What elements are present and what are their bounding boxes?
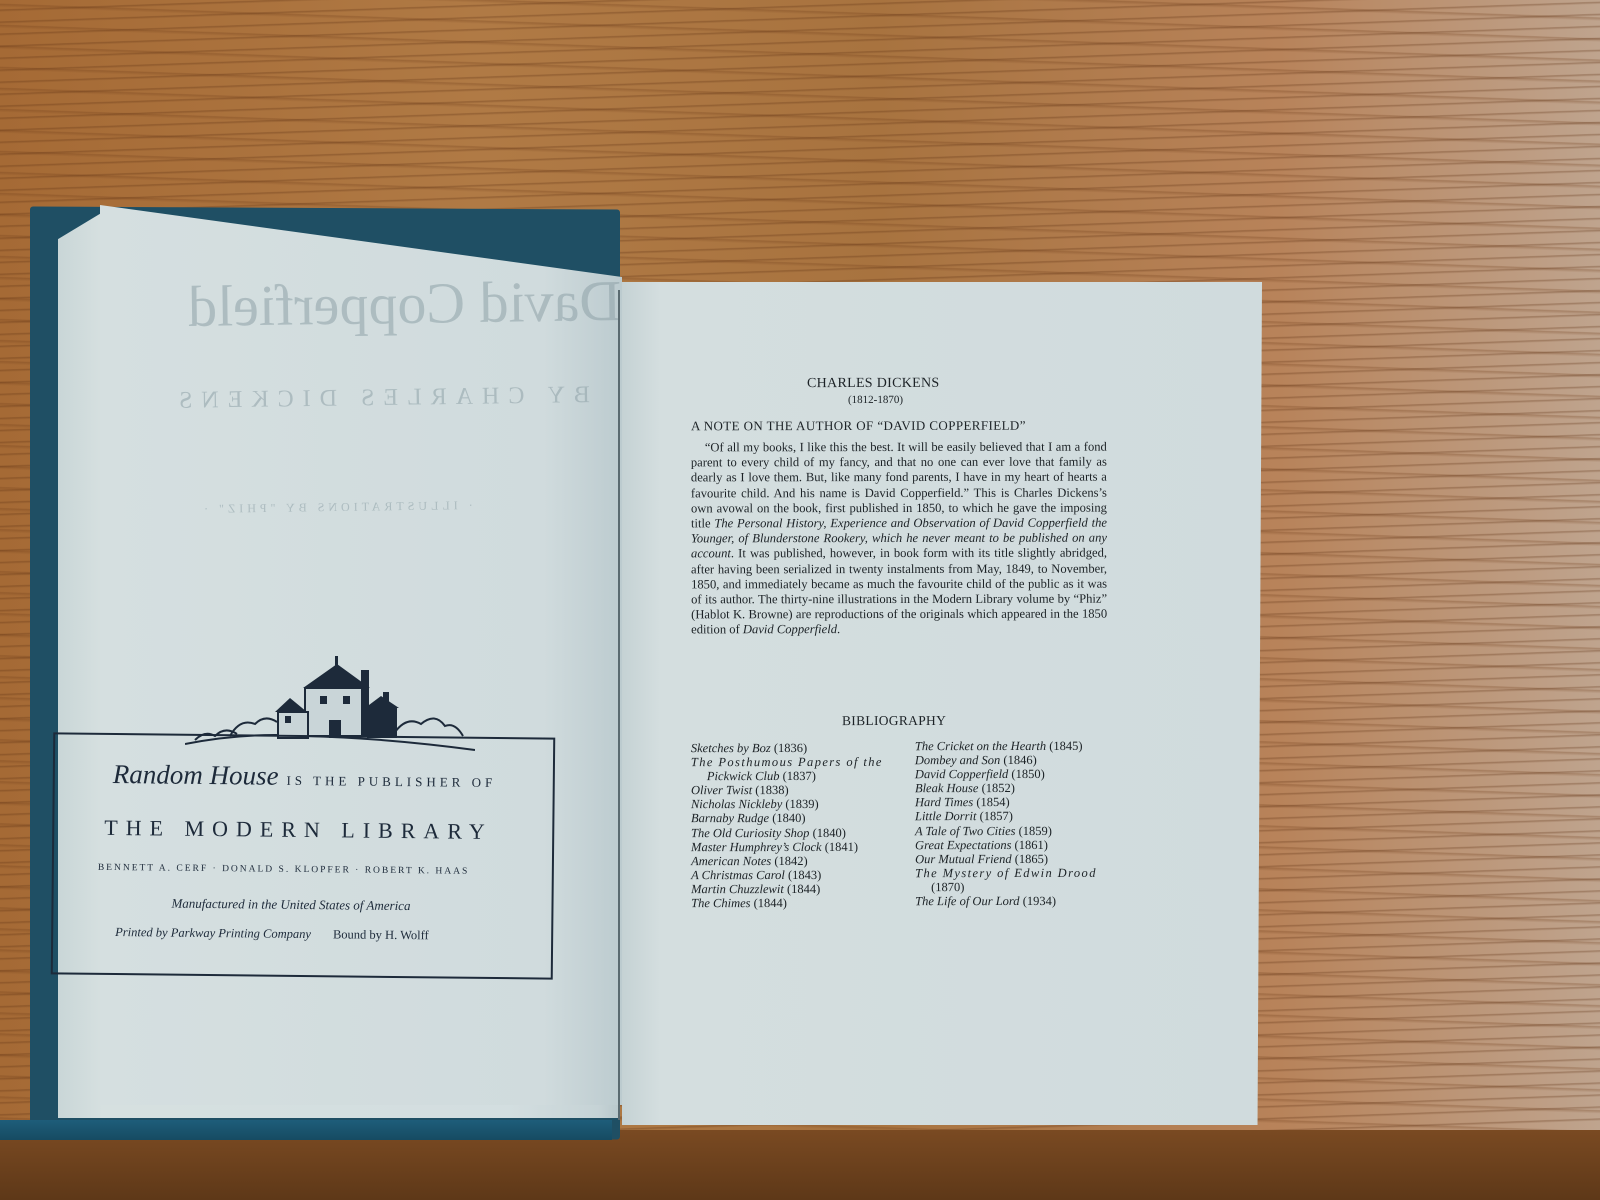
- bibliography-item: Barnaby Rudge (1840): [691, 811, 901, 825]
- bibliography-title: The Life of Our Lord: [915, 894, 1019, 908]
- bibliography-item: A Tale of Two Cities (1859): [915, 823, 1140, 837]
- note-body: “Of all my books, I like this the best. …: [691, 440, 1107, 638]
- bibliography-year: (1843): [785, 868, 821, 882]
- bibliography-title: Oliver Twist: [691, 783, 752, 797]
- note-heading: A NOTE ON THE AUTHOR OF “DAVID COPPERFIE…: [691, 418, 1026, 435]
- bibliography-item: The Mystery of Edwin Drood: [915, 866, 1140, 880]
- table-surface-edge: [0, 1130, 1600, 1200]
- bibliography-item: Sketches by Boz (1836): [691, 741, 901, 755]
- bibliography-year: (1934): [1020, 894, 1056, 908]
- bibliography-item: Our Mutual Friend (1865): [915, 852, 1140, 866]
- bibliography-item: Little Dorrit (1857): [915, 809, 1140, 823]
- bibliography-year: (1841): [822, 840, 858, 854]
- bibliography-item: American Notes (1842): [691, 854, 901, 868]
- bibliography-year: (1845): [1046, 739, 1082, 753]
- bibliography-title: A Tale of Two Cities: [915, 824, 1016, 838]
- bibliography-item: A Christmas Carol (1843): [691, 868, 901, 882]
- bibliography-title: Dombey and Son: [915, 753, 1000, 767]
- bibliography-title: The Old Curiosity Shop: [691, 826, 809, 840]
- bibliography-year: (1859): [1016, 824, 1052, 838]
- bibliography-year: (1852): [978, 781, 1014, 795]
- bibliography-title: Nicholas Nickleby: [691, 797, 782, 811]
- author-dates: (1812-1870): [848, 394, 903, 406]
- bibliography-title: The Cricket on the Hearth: [915, 739, 1046, 753]
- publisher-colophon: Random HouseIS THE PUBLISHER OF THE MODE…: [51, 732, 556, 979]
- author-name: CHARLES DICKENS: [807, 376, 939, 392]
- bibliography-title: Our Mutual Friend: [915, 852, 1012, 866]
- right-page: [622, 282, 1262, 1125]
- bibliography-title: Pickwick Club: [707, 769, 780, 783]
- publisher-line: Random HouseIS THE PUBLISHER OF: [113, 759, 497, 794]
- bibliography-year: (1850): [1008, 767, 1044, 781]
- bibliography-item: Martin Chuzzlewit (1844): [691, 882, 901, 896]
- bibliography-year: (1854): [973, 795, 1009, 809]
- note-italic-book: David Copperfield: [743, 623, 837, 637]
- bibliography-column-2: The Cricket on the Hearth (1845)Dombey a…: [915, 739, 1140, 909]
- bibliography-title: Little Dorrit: [915, 810, 976, 824]
- bibliography-item: The Life of Our Lord (1934): [915, 894, 1140, 908]
- publisher-name: Random House: [113, 759, 279, 791]
- bibliography-year: (1840): [809, 825, 845, 839]
- bibliography-year: (1840): [769, 811, 805, 825]
- bibliography-year: (1870): [931, 880, 964, 894]
- bibliography-title: Master Humphrey’s Clock: [691, 840, 822, 854]
- bibliography-item: Pickwick Club (1837): [691, 769, 901, 783]
- bibliography-item: David Copperfield (1850): [915, 767, 1140, 781]
- bibliography-year: (1861): [1011, 838, 1047, 852]
- bibliography-title: Sketches by Boz: [691, 741, 771, 755]
- bibliography-item: Bleak House (1852): [915, 781, 1140, 795]
- book-gutter: [618, 290, 620, 1120]
- bibliography-column-1: Sketches by Boz (1836)The Posthumous Pap…: [691, 741, 901, 910]
- bibliography-item: The Cricket on the Hearth (1845): [915, 739, 1140, 753]
- book-cover-bottom-edge: [0, 1120, 612, 1140]
- bibliography-year: (1837): [779, 769, 815, 783]
- bound-by: Bound by H. Wolff: [333, 927, 429, 942]
- bibliography-year: (1836): [771, 741, 807, 755]
- printed-by: Printed by Parkway Printing Company: [115, 925, 311, 941]
- bibliography-title: Martin Chuzzlewit: [691, 882, 784, 896]
- bibliography-item: The Old Curiosity Shop (1840): [691, 825, 901, 839]
- note-text: .: [837, 623, 840, 637]
- manufactured-note: Manufactured in the United States of Ame…: [171, 896, 410, 915]
- bibliography-item: Dombey and Son (1846): [915, 753, 1140, 767]
- bibliography-title: A Christmas Carol: [691, 868, 785, 882]
- bibliography-title: The Mystery of Edwin Drood: [915, 866, 1097, 880]
- bibliography-item: (1870): [915, 880, 1140, 894]
- bibliography-item: Master Humphrey’s Clock (1841): [691, 839, 901, 853]
- publisher-names: BENNETT A. CERF · DONALD S. KLOPFER · RO…: [98, 863, 470, 877]
- bibliography-year: (1839): [782, 797, 818, 811]
- publisher-tagline: IS THE PUBLISHER OF: [286, 773, 496, 790]
- bibliography-title: The Chimes: [691, 896, 750, 910]
- bibliography-item: Great Expectations (1861): [915, 837, 1140, 851]
- bibliography-year: (1846): [1000, 753, 1036, 767]
- bibliography-title: David Copperfield: [915, 767, 1008, 781]
- bibliography-title: Bleak House: [915, 781, 979, 795]
- bibliography-title: Barnaby Rudge: [691, 812, 769, 826]
- bibliography-item: The Posthumous Papers of the: [691, 755, 901, 769]
- bibliography-item: Hard Times (1854): [915, 795, 1140, 809]
- bibliography-title: American Notes: [691, 854, 771, 868]
- bibliography-title: Great Expectations: [915, 838, 1011, 852]
- bibliography-year: (1844): [784, 882, 820, 896]
- show-through-title: David Copperfield: [188, 267, 622, 340]
- bibliography-item: Nicholas Nickleby (1839): [691, 797, 901, 811]
- bibliography-item: The Chimes (1844): [691, 896, 901, 910]
- library-name: THE MODERN LIBRARY: [104, 815, 493, 845]
- bibliography-year: (1844): [750, 896, 786, 910]
- printer-binder-line: Printed by Parkway Printing CompanyBound…: [115, 925, 429, 943]
- bibliography-item: Oliver Twist (1838): [691, 783, 901, 797]
- bibliography-title: The Posthumous Papers of the: [691, 755, 883, 769]
- bibliography-year: (1865): [1012, 852, 1048, 866]
- bibliography-year: (1857): [976, 809, 1012, 823]
- bibliography-year: (1842): [771, 854, 807, 868]
- bibliography-year: (1838): [752, 783, 788, 797]
- bibliography-heading: BIBLIOGRAPHY: [842, 713, 946, 729]
- bibliography-title: Hard Times: [915, 795, 973, 809]
